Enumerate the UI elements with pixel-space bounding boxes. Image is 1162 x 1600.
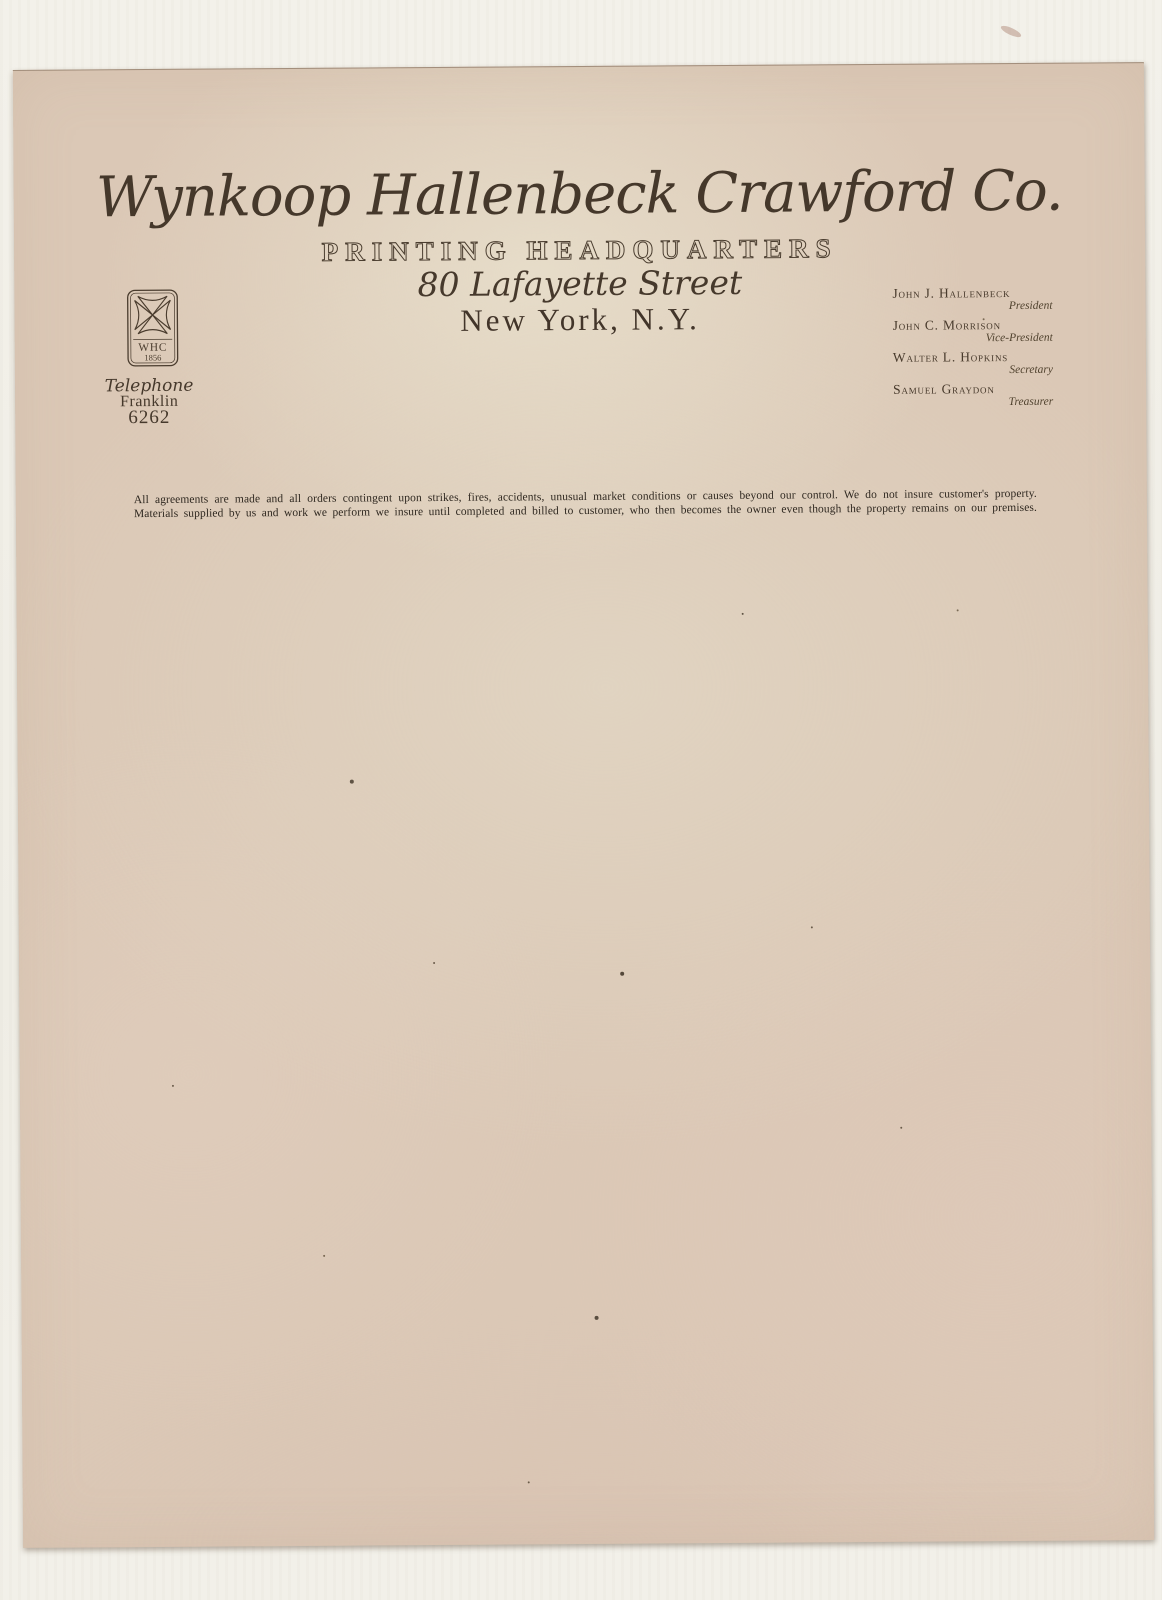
officer-row: John C. Morrison Vice-President (893, 317, 1055, 345)
company-seal: WHC 1856 (126, 289, 179, 367)
officer-title: Treasurer (893, 396, 1055, 409)
telephone-number: 6262 (79, 409, 219, 428)
company-name: Wynkoop Hallenbeck Crawford Co. (14, 163, 1145, 227)
officer-name: John C. Morrison (893, 317, 1055, 333)
officer-title: Vice-President (893, 332, 1055, 345)
officer-title: President (892, 300, 1054, 313)
officer-row: John J. Hallenbeck President (892, 285, 1054, 313)
maltese-cross-icon (135, 296, 171, 334)
tagline: PRINTING HEADQUARTERS (14, 233, 1145, 268)
officer-name: John J. Hallenbeck (892, 285, 1054, 301)
officer-name: Samuel Graydon (893, 381, 1055, 397)
seal-year: 1856 (144, 352, 161, 362)
officer-row: Samuel Graydon Treasurer (893, 381, 1055, 409)
telephone-block: Telephone Franklin 6262 (79, 379, 219, 428)
officers-list: John J. Hallenbeck President John C. Mor… (892, 285, 1055, 414)
letterhead-paper: Wynkoop Hallenbeck Crawford Co. PRINTING… (13, 62, 1154, 1548)
scanner-smudge (1000, 24, 1023, 40)
officer-title: Secretary (893, 364, 1055, 377)
officer-row: Walter L. Hopkins Secretary (893, 349, 1055, 377)
paper-specks (13, 71, 15, 73)
terms-disclaimer: All agreements are made and all orders c… (134, 488, 1037, 521)
officer-name: Walter L. Hopkins (893, 349, 1055, 365)
